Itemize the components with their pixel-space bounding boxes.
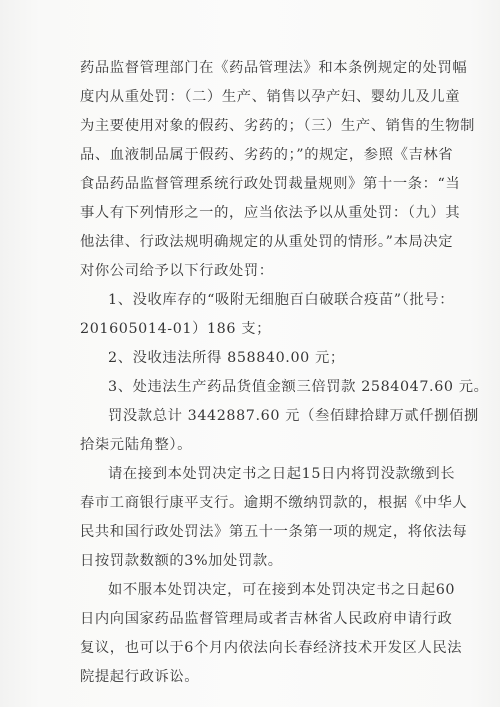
penalty-item-3: 3、处违法生产药品货值金额三倍罚款 2584047.60 元。 xyxy=(80,373,425,402)
penalty-total: 罚没款总计 3442887.60 元（叁佰肆拾肆万贰仟捌佰捌 xyxy=(80,402,425,431)
text-line: 院提起行政诉讼。 xyxy=(80,663,425,692)
penalty-item-1-cont: 201605014-01）186 支； xyxy=(80,315,425,344)
text-line: 为主要使用对象的假药、劣药的；（三）生产、销售的生物制 xyxy=(80,112,425,141)
text-line: 对你公司给予以下行政处罚： xyxy=(80,257,425,286)
text-line: 日内向国家药品监督管理局或者吉林省人民政府申请行政 xyxy=(80,605,425,634)
penalty-total-cont: 拾柒元陆角整）。 xyxy=(80,431,425,460)
text-line: 他法律、行政法规明确规定的从重处罚的情形。”本局决定 xyxy=(80,228,425,257)
text-line: 民共和国行政处罚法》第五十一条第一项的规定，将依法每 xyxy=(80,518,425,547)
text-line: 药品监督管理部门在《药品管理法》和本条例规定的处罚幅 xyxy=(80,54,425,83)
text-line: 品、血液制品属于假药、劣药的；”的规定，参照《吉林省 xyxy=(80,141,425,170)
text-line: 事人有下列情形之一的，应当依法予以从重处罚：（九）其 xyxy=(80,199,425,228)
text-line: 复议，也可以于6个月内依法向长春经济技术开发区人民法 xyxy=(80,634,425,663)
text-line: 春市工商银行康平支行。逾期不缴纳罚款的，根据《中华人 xyxy=(80,489,425,518)
appeal-paragraph: 如不服本处罚决定，可在接到本处罚决定书之日起60 xyxy=(80,576,425,605)
penalty-item-2: 2、没收违法所得 858840.00 元； xyxy=(80,344,425,373)
page-number: 3 xyxy=(248,640,252,648)
text-line: 食品药品监督管理系统行政处罚裁量规则》第十一条：“当 xyxy=(80,170,425,199)
document-page: 药品监督管理部门在《药品管理法》和本条例规定的处罚幅 度内从重处罚：（二）生产、… xyxy=(0,0,500,707)
penalty-item-1: 1、没收库存的“吸附无细胞百白破联合疫苗”（批号： xyxy=(80,286,425,315)
payment-paragraph: 请在接到本处罚决定书之日起15日内将罚没款缴到长 xyxy=(80,460,425,489)
text-line: 度内从重处罚：（二）生产、销售以孕产妇、婴幼儿及儿童 xyxy=(80,83,425,112)
document-body: 药品监督管理部门在《药品管理法》和本条例规定的处罚幅 度内从重处罚：（二）生产、… xyxy=(80,54,425,692)
text-line: 日按罚款数额的3%加处罚款。 xyxy=(80,547,425,576)
